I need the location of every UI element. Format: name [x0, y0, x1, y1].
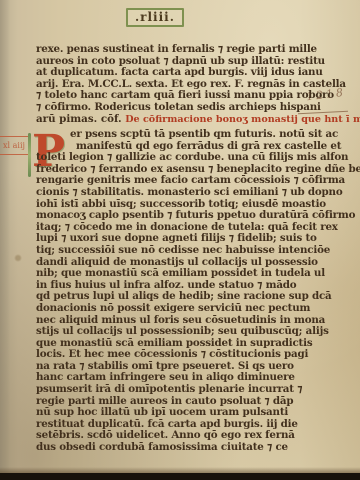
- charter-end-lines: rexe. penas sustineat in fernalis ⁊ regi…: [36, 44, 334, 114]
- charter-body-text-block: er psens scptū tā psentib qm futuris. no…: [36, 129, 334, 454]
- text-line: stijs ul collacijs ul possessionib; seu …: [36, 326, 334, 338]
- text-line: cionis ⁊ stabilitatis. monasterio sci em…: [36, 187, 334, 199]
- folio-number-box: .rliii.: [126, 8, 184, 27]
- folio-number-label: .rliii.: [135, 10, 175, 24]
- charter-body-lines: er psens scptū tā psentib qm futuris. no…: [36, 129, 334, 454]
- left-margin-annotation-label: xl aiij: [3, 141, 25, 150]
- page-gutter-shadow: [0, 0, 10, 480]
- rubric-title: De cōfirmacione bonoʒ monastij que hnt ī…: [125, 114, 360, 125]
- text-line: psumserit irā di omīpotentis plenarie in…: [36, 384, 334, 396]
- text-line: dus obsedi cordubā famosissima ciuitate …: [36, 442, 334, 454]
- text-line: nib; que monastiū scā emiliam possidet i…: [36, 268, 334, 280]
- initial-green-flourish: [28, 133, 31, 177]
- text-line: donacionis nō possit exigere serviciū ne…: [36, 303, 334, 315]
- rubric-line: arū pimas. cōf. De cōfirmacione bonoʒ mo…: [36, 114, 334, 126]
- photo-background-strip: [0, 473, 360, 480]
- text-line: monacoʒ caplo psentib ⁊ futuris ppetuo d…: [36, 210, 334, 222]
- text-line: er psens scptū tā psentib qm futuris. no…: [70, 129, 334, 141]
- text-line: rexe. penas sustineat in fernalis ⁊ regi…: [36, 44, 334, 56]
- charter-end-last-words: arū pimas. cōf.: [36, 113, 125, 125]
- charter-end-text-block: rexe. penas sustineat in fernalis ⁊ regi…: [36, 44, 334, 125]
- manuscript-page-photo: .rliii. 1218 xl aiij rexe. penas sustine…: [0, 0, 360, 480]
- left-margin-annotation-box: xl aiij: [0, 136, 31, 155]
- text-line: tiq; successiōi sue nō cedisse nec habui…: [36, 245, 334, 257]
